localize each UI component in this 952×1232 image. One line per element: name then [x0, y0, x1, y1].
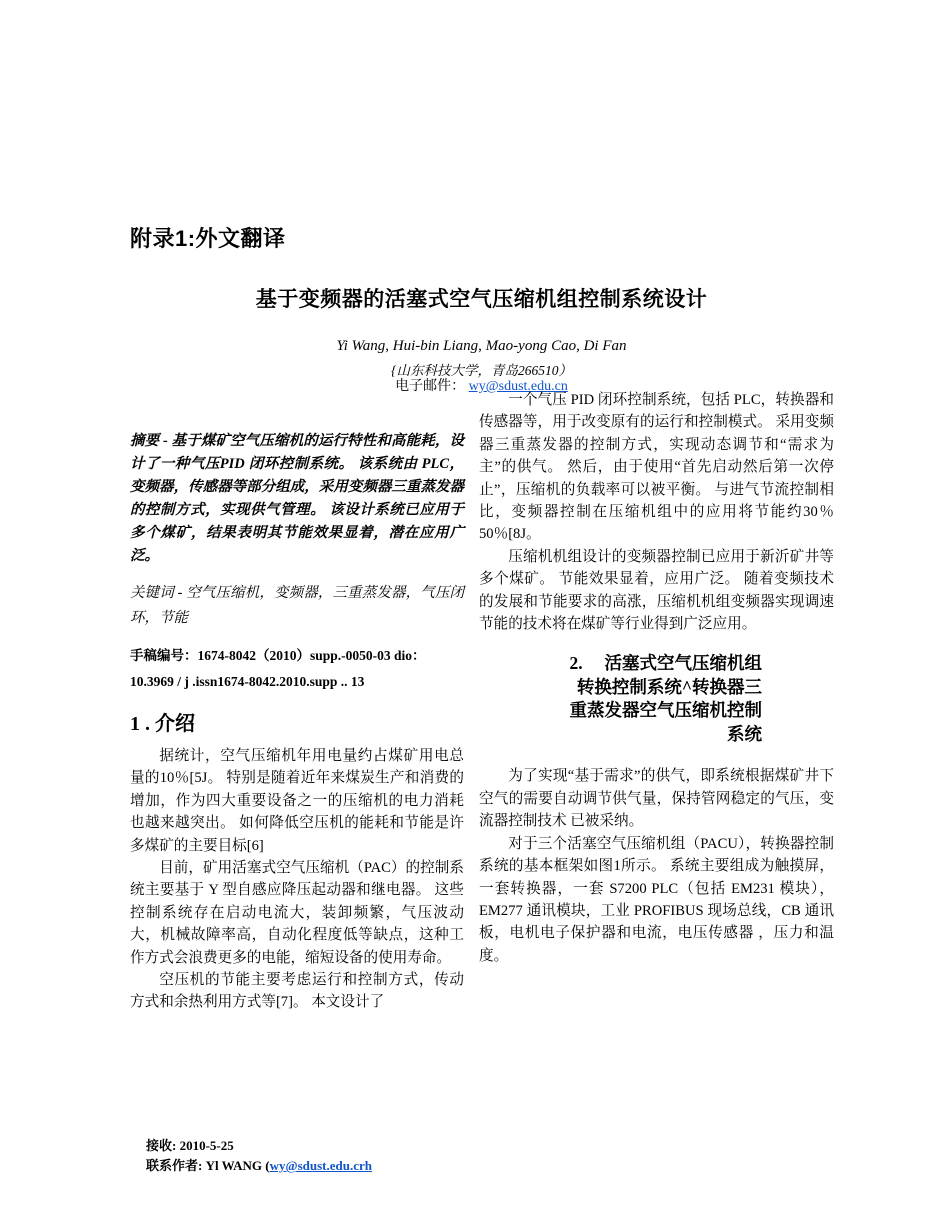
section-1-heading: 1 . 介绍: [130, 707, 464, 736]
document-page: 附录1:外文翻译 基于变频器的活塞式空气压缩机组控制系统设计 Yi Wang, …: [0, 0, 952, 1232]
paper-title: 基于变频器的活塞式空气压缩机组控制系统设计: [130, 283, 833, 313]
contact-line: 联系作者: Yl WANG (wy@sdust.edu.crh: [146, 1156, 566, 1176]
left-column: 摘要 - 基于煤矿空气压缩机的运行特性和高能耗，设计了一种气压PID 闭环控制系…: [130, 430, 464, 1014]
intro-paragraph-3: 空压机的节能主要考虑运行和控制方式，传动方式和余热利用方式等[7]。 本文设计了: [130, 969, 464, 1014]
appendix-heading: 附录1:外文翻译: [130, 222, 286, 253]
right-paragraph-1: 一个气压 PID 闭环控制系统，包括 PLC，转换器和传感器等，用于改变原有的运…: [479, 389, 834, 546]
section-2-heading-line2: 转换控制系统^转换器三: [479, 676, 762, 700]
section-2-heading: 2. 活塞式空气压缩机组 转换控制系统^转换器三 重蒸发器空气压缩机控制 系统: [479, 652, 834, 746]
manuscript-number-block: 手稿编号：1674-8042（2010）supp.-0050-03 dio： 1…: [130, 643, 464, 695]
manuscript-number-line2: 10.3969 / j .issn1674-8042.2010.supp .. …: [130, 669, 464, 695]
right-column: 一个气压 PID 闭环控制系统，包括 PLC，转换器和传感器等，用于改变原有的运…: [479, 389, 834, 967]
footnote-block: 接收: 2010-5-25 联系作者: Yl WANG (wy@sdust.ed…: [146, 1136, 566, 1176]
email-label: 电子邮件：: [395, 379, 469, 394]
section-2-heading-line1: 2. 活塞式空气压缩机组: [479, 652, 762, 676]
intro-paragraph-2: 目前，矿用活塞式空气压缩机（PAC）的控制系统主要基于 Y 型自感应降压起动器和…: [130, 857, 464, 969]
intro-paragraph-1: 据统计，空气压缩机年用电量约占煤矿用电总量的10％[5J。 特别是随着近年来煤炭…: [130, 745, 464, 857]
contact-label: 联系作者: Yl WANG (: [146, 1158, 270, 1173]
contact-email-link[interactable]: wy@sdust.edu.crh: [270, 1158, 372, 1173]
authors-line: Yi Wang, Hui-bin Liang, Mao-yong Cao, Di…: [130, 338, 833, 355]
section2-paragraph-2: 对于三个活塞空气压缩机组（PACU），转换器控制系统的基本框架如图1所示。 系统…: [479, 833, 834, 967]
received-line: 接收: 2010-5-25: [146, 1136, 566, 1156]
keywords-line: 关键词 - 空气压缩机，变频器，三重蒸发器，气压闭环，节能: [130, 581, 464, 631]
abstract-paragraph: 摘要 - 基于煤矿空气压缩机的运行特性和高能耗，设计了一种气压PID 闭环控制系…: [130, 430, 464, 568]
manuscript-number-line1: 手稿编号：1674-8042（2010）supp.-0050-03 dio：: [130, 643, 464, 669]
section-2-heading-line3: 重蒸发器空气压缩机控制: [479, 699, 762, 723]
section-2-heading-line4: 系统: [479, 723, 762, 747]
section2-paragraph-1: 为了实现“基于需求”的供气，即系统根据煤矿井下空气的需要自动调节供气量，保持管网…: [479, 765, 834, 832]
right-paragraph-2: 压缩机机组设计的变频器控制已应用于新沂矿井等多个煤矿。 节能效果显着，应用广泛。…: [479, 546, 834, 636]
